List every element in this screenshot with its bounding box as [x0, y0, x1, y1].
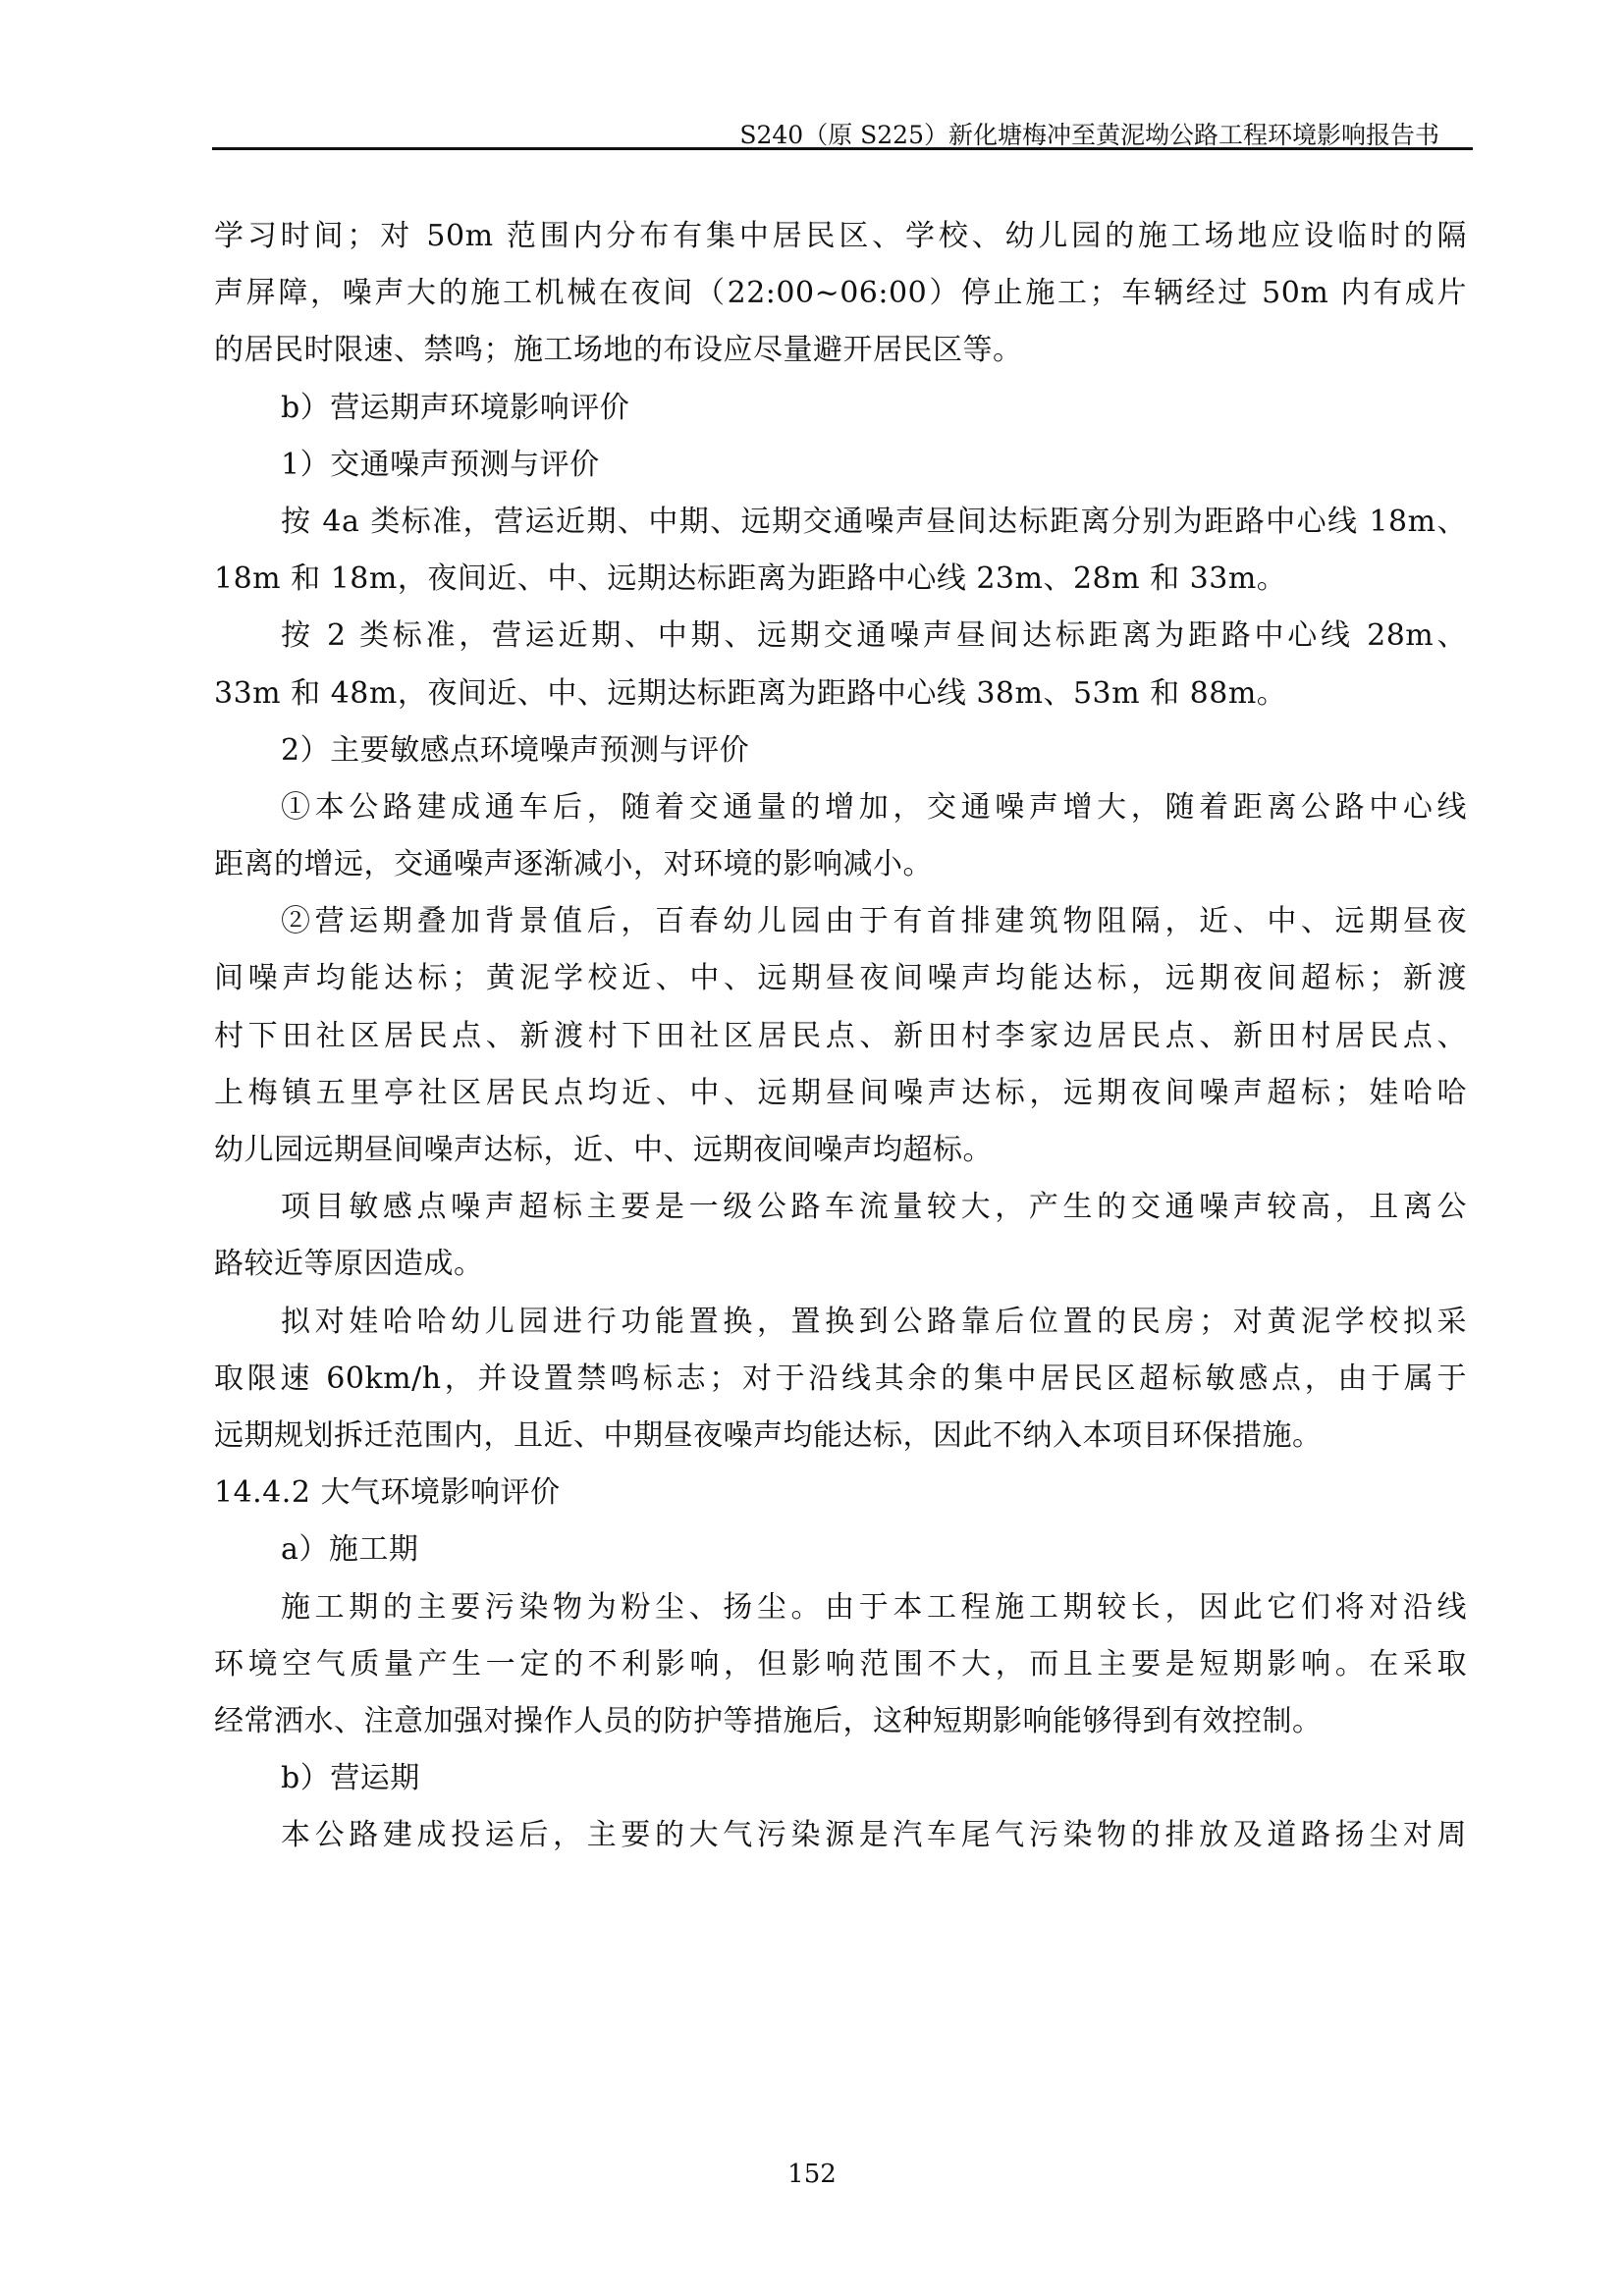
- text-line: ①本公路建成通车后，随着交通量的增加，交通噪声增大，随着距离公路中心线: [214, 779, 1467, 836]
- text-line: 路较近等原因造成。: [214, 1236, 1467, 1293]
- text-line: ②营运期叠加背景值后，百春幼儿园由于有首排建筑物阻隔，近、中、远期昼夜: [214, 893, 1467, 950]
- text-line: 幼儿园远期昼间噪声达标，近、中、远期夜间噪声均超标。: [214, 1122, 1467, 1179]
- document-body: 学习时间；对 50m 范围内分布有集中居民区、学校、幼儿园的施工场地应设临时的隔…: [214, 208, 1467, 1864]
- text-line: 学习时间；对 50m 范围内分布有集中居民区、学校、幼儿园的施工场地应设临时的隔: [214, 208, 1467, 265]
- text-line: 拟对娃哈哈幼儿园进行功能置换，置换到公路靠后位置的民房；对黄泥学校拟采: [214, 1294, 1467, 1351]
- text-line: 上梅镇五里亭社区居民点均近、中、远期昼间噪声达标，远期夜间噪声超标；娃哈哈: [214, 1065, 1467, 1122]
- subsection-heading-construction: a）施工期: [214, 1522, 1467, 1578]
- text-line: 18m 和 18m，夜间近、中、远期达标距离为距路中心线 23m、28m 和 3…: [214, 551, 1467, 608]
- subsection-heading-traffic-noise: 1）交通噪声预测与评价: [214, 437, 1467, 494]
- subsection-heading-operation-noise: b）营运期声环境影响评价: [214, 380, 1467, 437]
- section-heading-air-environment: 14.4.2 大气环境影响评价: [214, 1465, 1467, 1522]
- page-number: 152: [0, 2160, 1624, 2189]
- text-line: 本公路建成投运后，主要的大气污染源是汽车尾气污染物的排放及道路扬尘对周: [214, 1807, 1467, 1864]
- text-line: 间噪声均能达标；黄泥学校近、中、远期昼夜间噪声均能达标，远期夜间超标；新渡: [214, 950, 1467, 1007]
- text-line: 村下田社区居民点、新渡村下田社区居民点、新田村李家边居民点、新田村居民点、: [214, 1008, 1467, 1065]
- text-line: 按 2 类标准，营运近期、中期、远期交通噪声昼间达标距离为距路中心线 28m、: [214, 608, 1467, 665]
- running-header-title: S240（原 S225）新化塘梅冲至黄泥坳公路工程环境影响报告书: [739, 116, 1439, 151]
- text-line: 的居民时限速、禁鸣；施工场地的布设应尽量避开居民区等。: [214, 322, 1467, 379]
- subsection-heading-sensitive-points: 2）主要敏感点环境噪声预测与评价: [214, 722, 1467, 779]
- text-line: 声屏障，噪声大的施工机械在夜间（22:00~06:00）停止施工；车辆经过 50…: [214, 265, 1467, 322]
- text-line: 施工期的主要污染物为粉尘、扬尘。由于本工程施工期较长，因此它们将对沿线: [214, 1579, 1467, 1636]
- text-line: 经常洒水、注意加强对操作人员的防护等措施后，这种短期影响能够得到有效控制。: [214, 1693, 1467, 1750]
- text-line: 距离的增远，交通噪声逐渐减小，对环境的影响减小。: [214, 836, 1467, 893]
- header-rule: [212, 147, 1473, 150]
- subsection-heading-operation: b）营运期: [214, 1750, 1467, 1807]
- text-line: 33m 和 48m，夜间近、中、远期达标距离为距路中心线 38m、53m 和 8…: [214, 666, 1467, 722]
- text-line: 远期规划拆迁范围内，且近、中期昼夜噪声均能达标，因此不纳入本项目环保措施。: [214, 1408, 1467, 1465]
- text-line: 环境空气质量产生一定的不利影响，但影响范围不大，而且主要是短期影响。在采取: [214, 1636, 1467, 1693]
- text-line: 取限速 60km/h，并设置禁鸣标志；对于沿线其余的集中居民区超标敏感点，由于属…: [214, 1351, 1467, 1408]
- text-line: 项目敏感点噪声超标主要是一级公路车流量较大，产生的交通噪声较高，且离公: [214, 1179, 1467, 1236]
- text-line: 按 4a 类标准，营运近期、中期、远期交通噪声昼间达标距离分别为距路中心线 18…: [214, 494, 1467, 551]
